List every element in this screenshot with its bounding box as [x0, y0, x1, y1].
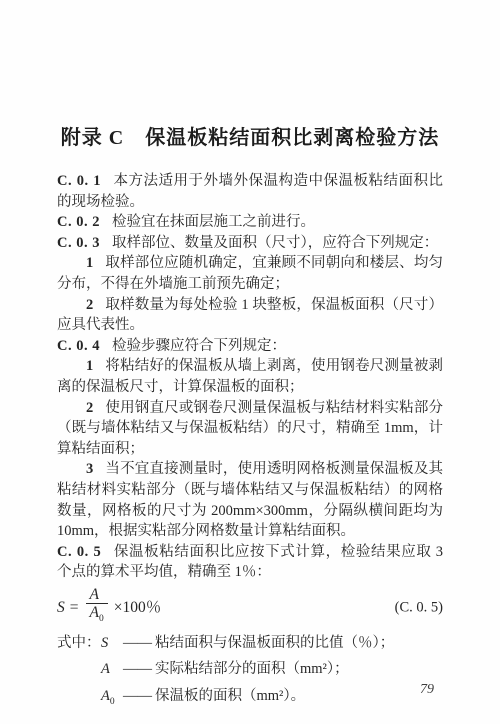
appendix-title: 附录 C 保温板粘结面积比剥离检验方法 — [0, 121, 500, 150]
symbol-description: 保温板的面积（mm²）。 — [155, 688, 305, 704]
sub-item-paragraph: 2使用钢直尺或钢卷尺测量保温板与粘结材料实粘部分（既与墙体粘结又与保温板粘结）的… — [57, 398, 443, 460]
sub-item-text: 取样数量为每处检验 1 块整板，保温板面积（尺寸）应具代表性。 — [57, 297, 443, 334]
symbol: A0 — [101, 686, 123, 712]
sub-item-number: 2 — [86, 400, 93, 416]
sub-item-number: 3 — [86, 461, 93, 477]
sub-item-text: 使用钢直尺或钢卷尺测量保温板与粘结材料实粘部分（既与墙体粘结又与保温板粘结）的尺… — [57, 400, 443, 457]
clause-label: C. 0. 2 — [57, 214, 100, 230]
page-number: 79 — [420, 682, 434, 698]
sub-item-paragraph: 2取样数量为每处检验 1 块整板，保温板面积（尺寸）应具代表性。 — [57, 295, 443, 336]
equation-number: (C. 0. 5) — [395, 599, 443, 616]
clause-label: C. 0. 4 — [57, 338, 100, 354]
document-page: 附录 C 保温板粘结面积比剥离检验方法 C. 0. 1本方法适用于外墙外保温构造… — [0, 0, 500, 724]
symbol-description: 实际粘结部分的面积（mm²）； — [155, 661, 349, 677]
clause-text: 本方法适用于外墙外保温构造中保温板粘结面积比的现场检验。 — [57, 173, 443, 210]
clause-text: 取样部位、数量及面积（尺寸），应符合下列规定： — [112, 235, 438, 251]
em-dash: —— — [123, 688, 152, 704]
symbol: A — [101, 659, 123, 685]
em-dash: —— — [123, 635, 152, 651]
clause-label: C. 0. 5 — [57, 544, 101, 560]
symbol-definition: A——实际粘结部分的面积（mm²）； — [57, 659, 443, 685]
sub-item-number: 1 — [86, 255, 93, 271]
sub-item-text: 当不宜直接测量时，使用透明网格板测量保温板及其粘结材料实粘部分（既与墙体粘结又与… — [57, 461, 443, 539]
sub-item-paragraph: 1将粘结好的保温板从墙上剥离，使用钢卷尺测量被剥离的保温板尺寸，计算保温板的面积… — [57, 356, 443, 397]
clause-paragraph: C. 0. 5保温板粘结面积比应按下式计算，检验结果应取 3 个点的算术平均值，… — [57, 542, 443, 583]
symbol-definition: A0——保温板的面积（mm²）。 — [57, 686, 443, 712]
formula-expression: S=AA0×100％ — [57, 599, 161, 616]
sub-item-text: 取样部位应随机确定，宜兼顾不同朝向和楼层、均匀分布，不得在外墙施工前预先确定； — [57, 255, 443, 292]
formula-block: S=AA0×100％ (C. 0. 5) — [57, 583, 443, 633]
symbol-description: 粘结面积与保温板面积的比值（％）； — [155, 635, 394, 651]
sub-item-text: 将粘结好的保温板从墙上剥离，使用钢卷尺测量被剥离的保温板尺寸，计算保温板的面积； — [57, 358, 443, 395]
sub-item-number: 1 — [86, 358, 93, 374]
clause-label: C. 0. 3 — [57, 235, 100, 251]
where-prefix: 式中： — [57, 633, 101, 654]
sub-item-number: 2 — [86, 297, 93, 313]
sub-item-paragraph: 1取样部位应随机确定，宜兼顾不同朝向和楼层、均匀分布，不得在外墙施工前预先确定； — [57, 253, 443, 294]
sub-item-paragraph: 3当不宜直接测量时，使用透明网格板测量保温板及其粘结材料实粘部分（既与墙体粘结又… — [57, 459, 443, 541]
em-dash: —— — [123, 661, 152, 677]
symbol-definition: 式中：S——粘结面积与保温板面积的比值（％）； — [57, 633, 443, 659]
clause-paragraph: C. 0. 4检验步骤应符合下列规定： — [57, 336, 443, 357]
fraction: AA0 — [86, 586, 108, 628]
clause-paragraph: C. 0. 1本方法适用于外墙外保温构造中保温板粘结面积比的现场检验。 — [57, 171, 443, 212]
fraction-denominator: A0 — [86, 603, 108, 628]
fraction-numerator: A — [86, 586, 108, 603]
clause-label: C. 0. 1 — [57, 173, 101, 189]
clause-text: 检验宜在抹面层施工之前进行。 — [112, 214, 315, 230]
clause-text: 检验步骤应符合下列规定： — [112, 338, 286, 354]
equals-sign: = — [70, 599, 79, 616]
clause-paragraph: C. 0. 2检验宜在抹面层施工之前进行。 — [57, 212, 443, 233]
clause-paragraph: C. 0. 3取样部位、数量及面积（尺寸），应符合下列规定： — [57, 233, 443, 254]
formula-multiplier: ×100％ — [114, 599, 162, 616]
clause-text: 保温板粘结面积比应按下式计算，检验结果应取 3 个点的算术平均值，精确至 1％： — [57, 544, 443, 581]
document-body: C. 0. 1本方法适用于外墙外保温构造中保温板粘结面积比的现场检验。 C. 0… — [57, 171, 443, 712]
formula-variable-s: S — [57, 599, 65, 616]
symbol: S — [101, 633, 123, 659]
